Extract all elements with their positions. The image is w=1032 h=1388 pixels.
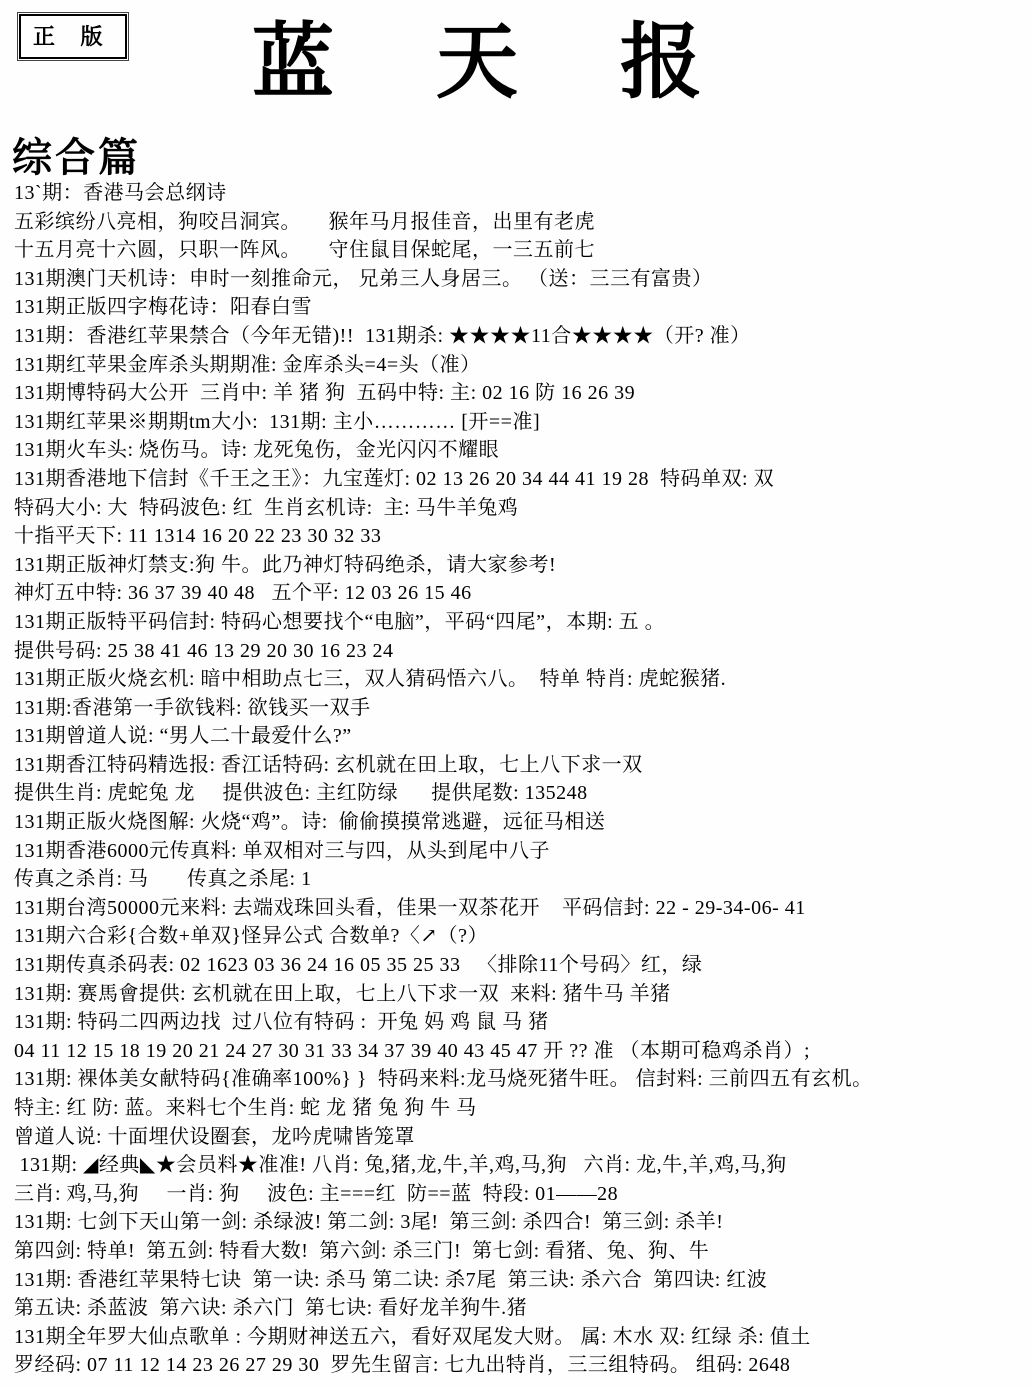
text-line: 131期: 赛馬會提供: 玄机就在田上取，七上八下求一双 来料: 猪牛马 羊猪 xyxy=(14,980,1028,1009)
text-line: 131期传真杀码表: 02 1623 03 36 24 16 05 35 25 … xyxy=(14,951,1028,980)
text-line: 131期火车头: 烧伤马。诗: 龙死兔伤，金光闪闪不耀眼 xyxy=(14,436,1028,465)
text-line: 传真之杀肖: 马 传真之杀尾: 1 xyxy=(14,865,1028,894)
page-title: 蓝天报 xyxy=(252,18,804,108)
text-line: 特主: 红 防: 蓝。来料七个生肖: 蛇 龙 猪 兔 狗 牛 马 xyxy=(14,1094,1028,1123)
text-line: 131期: 裸体美女献特码{准确率100%} } 特码来料:龙马烧死猪牛旺。 信… xyxy=(14,1065,1028,1094)
text-line: 131期博特码大公开 三肖中: 羊 猪 狗 五码中特: 主: 02 16 防 1… xyxy=(14,379,1028,408)
text-line: 131期: ◢经典◣★会员料★准准! 八肖: 兔,猪,龙,牛,羊,鸡,马,狗 六… xyxy=(14,1151,1028,1180)
text-line: 131期六合彩{合数+单双}怪异公式 合数单?〈↗（?） xyxy=(14,922,1028,951)
text-line: 04 11 12 15 18 19 20 21 24 27 30 31 33 3… xyxy=(14,1037,1028,1066)
text-line: 131期香江特码精选报: 香江话特码: 玄机就在田上取，七上八下求一双 xyxy=(14,751,1028,780)
text-line: 131期正版火烧图解: 火烧“鸡”。诗: 偷偷摸摸常逃避，远征马相送 xyxy=(14,808,1028,837)
text-line: 131期正版火烧玄机: 暗中相助点七三，双人猜码悟六八。 特单 特肖: 虎蛇猴猪… xyxy=(14,665,1028,694)
text-line: 131期: 香港红苹果特七诀 第一诀: 杀马 第二诀: 杀7尾 第三诀: 杀六合… xyxy=(14,1266,1028,1295)
text-line: 神灯五中特: 36 37 39 40 48 五个平: 12 03 26 15 4… xyxy=(14,579,1028,608)
text-line: 三肖: 鸡,马,狗 一肖: 狗 波色: 主===红 防==蓝 特段: 01——2… xyxy=(14,1180,1028,1209)
text-line: 131期: 七剑下天山第一剑: 杀绿波! 第二剑: 3尾! 第三剑: 杀四合! … xyxy=(14,1208,1028,1237)
text-line: 131期全年罗大仙点歌单 : 今期财神送五六，看好双尾发大财。 属: 木水 双:… xyxy=(14,1323,1028,1352)
newspaper-page: 正 版 蓝天报 综合篇 13`期：香港马会总纲诗 五彩缤纷八亮相，狗咬吕洞宾。 … xyxy=(0,0,1032,1388)
text-line: 五彩缤纷八亮相，狗咬吕洞宾。 猴年马月报佳音，出里有老虎 xyxy=(14,208,1028,237)
text-line: 131期澳门天机诗：申时一刻推命元， 兄弟三人身居三。 （送：三三有富贵） xyxy=(14,265,1028,294)
text-line: 13`期：香港马会总纲诗 xyxy=(14,179,1028,208)
section-heading: 综合篇 xyxy=(12,126,141,183)
text-line: 131期: 特码二四两边找 过八位有特码 : 开兔 妈 鸡 鼠 马 猪 xyxy=(14,1008,1028,1037)
text-line: 131期曾道人说: “男人二十最爱什么?” xyxy=(14,722,1028,751)
text-line: 第四剑: 特单! 第五剑: 特看大数! 第六剑: 杀三门! 第七剑: 看猪、兔、… xyxy=(14,1237,1028,1266)
text-line: 131期:香港第一手欲钱料: 欲钱买一双手 xyxy=(14,694,1028,723)
text-line: 131期正版神灯禁支:狗 牛。此乃神灯特码绝杀，请大家参考! xyxy=(14,551,1028,580)
text-line: 131期香港地下信封《千王之王》：九宝莲灯: 02 13 26 20 34 44… xyxy=(14,465,1028,494)
text-line: 131期：香港红苹果禁合（今年无错)!! 131期杀: ★★★★11合★★★★（… xyxy=(14,322,1028,351)
text-line: 十指平天下: 11 1314 16 20 22 23 30 32 33 xyxy=(14,522,1028,551)
text-line: 曾道人说: 十面埋伏设圈套，龙吟虎啸皆笼罩 xyxy=(14,1123,1028,1152)
content-body: 13`期：香港马会总纲诗 五彩缤纷八亮相，狗咬吕洞宾。 猴年马月报佳音，出里有老… xyxy=(14,179,1028,1380)
authentic-edition-badge: 正 版 xyxy=(19,14,127,59)
text-line: 十五月亮十六圆，只职一阵风。 守住鼠目保蛇尾，一三五前七 xyxy=(14,236,1028,265)
text-line: 131期台湾50000元来料: 去端戏珠回头看，佳果一双茶花开 平码信封: 22… xyxy=(14,894,1028,923)
text-line: 罗经码: 07 11 12 14 23 26 27 29 30 罗先生留言: 七… xyxy=(14,1351,1028,1380)
text-line: 提供生肖: 虎蛇兔 龙 提供波色: 主红防绿 提供尾数: 135248 xyxy=(14,779,1028,808)
text-line: 131期正版四字梅花诗：阳春白雪 xyxy=(14,293,1028,322)
text-line: 131期正版特平码信封: 特码心想要找个“电脑”，平码“四尾”，本期: 五 。 xyxy=(14,608,1028,637)
text-line: 特码大小: 大 特码波色: 红 生肖玄机诗: 主: 马牛羊兔鸡 xyxy=(14,494,1028,523)
text-line: 131期红苹果※期期tm大小: 131期: 主小………… [开==准] xyxy=(14,408,1028,437)
text-line: 第五诀: 杀蓝波 第六诀: 杀六门 第七诀: 看好龙羊狗牛.猪 xyxy=(14,1294,1028,1323)
text-line: 131期香港6000元传真料: 单双相对三与四，从头到尾中八子 xyxy=(14,837,1028,866)
text-line: 提供号码: 25 38 41 46 13 29 20 30 16 23 24 xyxy=(14,637,1028,666)
text-line: 131期红苹果金库杀头期期准: 金库杀头=4=头（准） xyxy=(14,351,1028,380)
